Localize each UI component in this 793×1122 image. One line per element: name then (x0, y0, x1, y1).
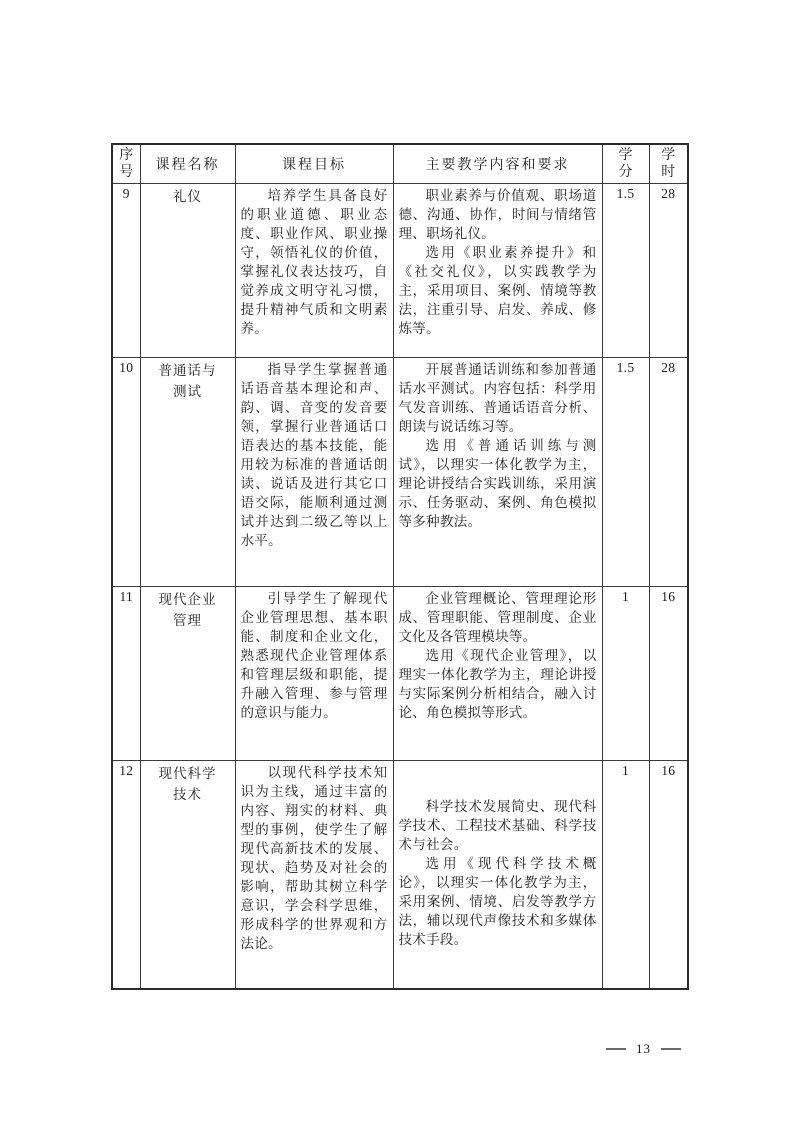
course-objective: 培养学生具备良好的职业道德、职业态度、职业作风、职业操守，领悟礼仪的价值，掌握礼… (235, 184, 393, 358)
course-hours: 16 (649, 761, 688, 989)
course-no: 11 (112, 587, 140, 761)
course-name-text: 礼仪 (158, 186, 218, 207)
objective-paragraph: 以现代科学技术知识为主线，通过丰富的内容、翔实的材料、典型的事例，使学生了解现代… (241, 763, 388, 953)
course-credits: 1 (602, 587, 649, 761)
col-header-objective: 课程目标 (235, 144, 393, 184)
course-name-text: 普通话与测试 (158, 360, 218, 402)
page-number: 13 (596, 1041, 686, 1057)
col-header-credits-label: 学分 (617, 147, 633, 181)
table-row-course-11: 11 现代企业管理 引导学生了解现代企业管理思想、基本职能、制度和企业文化，熟悉… (112, 587, 688, 761)
col-header-hours-label: 学时 (660, 147, 676, 181)
course-credits: 1.5 (602, 358, 649, 587)
course-table: 序号 课程名称 课程目标 主要教学内容和要求 学分 学时 9 礼仪 培养学生具备… (111, 143, 689, 990)
objective-paragraph: 指导学生掌握普通话语音基本理论和声、韵、调、音变的发音要领，掌握行业普通话口语表… (241, 360, 388, 550)
content-paragraph: 职业素养与价值观、职场道德、沟通、协作，时间与情绪管理、职场礼仪。 (399, 186, 597, 243)
col-header-no-label: 序号 (118, 147, 134, 181)
course-content: 开展普通话训练和参加普通话水平测试。内容包括：科学用气发音训练、普通话语音分析、… (393, 358, 602, 587)
table-row-course-12: 12 现代科学技术 以现代科学技术知识为主线，通过丰富的内容、翔实的材料、典型的… (112, 761, 688, 989)
course-objective: 指导学生掌握普通话语音基本理论和声、韵、调、音变的发音要领，掌握行业普通话口语表… (235, 358, 393, 587)
page-number-value: 13 (636, 1041, 651, 1056)
course-credits: 1 (602, 761, 649, 989)
course-no: 10 (112, 358, 140, 587)
course-hours: 16 (649, 587, 688, 761)
document-page: 序号 课程名称 课程目标 主要教学内容和要求 学分 学时 9 礼仪 培养学生具备… (0, 0, 793, 1122)
content-paragraph: 企业管理概论、管理理论形成、管理职能、管理制度、企业文化及各管理模块等。 (399, 589, 597, 646)
course-hours: 28 (649, 358, 688, 587)
course-credits: 1.5 (602, 184, 649, 358)
col-header-content: 主要教学内容和要求 (393, 144, 602, 184)
page-number-dash-left (606, 1048, 626, 1050)
content-paragraph: 科学技术发展简史、现代科学技术、工程技术基础、科学技术与社会。 (399, 797, 597, 854)
col-header-credits: 学分 (602, 144, 649, 184)
course-objective: 引导学生了解现代企业管理思想、基本职能、制度和企业文化，熟悉现代企业管理体系和管… (235, 587, 393, 761)
col-header-hours: 学时 (649, 144, 688, 184)
table-row-course-9: 9 礼仪 培养学生具备良好的职业道德、职业态度、职业作风、职业操守，领悟礼仪的价… (112, 184, 688, 358)
col-header-no: 序号 (112, 144, 140, 184)
objective-paragraph: 引导学生了解现代企业管理思想、基本职能、制度和企业文化，熟悉现代企业管理体系和管… (241, 589, 388, 722)
col-header-course-name: 课程名称 (140, 144, 235, 184)
course-name: 现代科学技术 (140, 761, 235, 989)
objective-paragraph: 培养学生具备良好的职业道德、职业态度、职业作风、职业操守，领悟礼仪的价值，掌握礼… (241, 186, 388, 338)
table-header-row: 序号 课程名称 课程目标 主要教学内容和要求 学分 学时 (112, 144, 688, 184)
course-name: 现代企业管理 (140, 587, 235, 761)
content-paragraph: 选用《普通话训练与测试》，以理实一体化教学为主，理论讲授结合实践训练，采用演示、… (399, 436, 597, 531)
course-no: 9 (112, 184, 140, 358)
content-paragraph: 选用《现代科学技术概论》，以理实一体化教学为主，采用案例、情境、启发等教学方法，… (399, 854, 597, 949)
course-no: 12 (112, 761, 140, 989)
course-name-text: 现代企业管理 (158, 589, 218, 631)
table-row-course-10: 10 普通话与测试 指导学生掌握普通话语音基本理论和声、韵、调、音变的发音要领，… (112, 358, 688, 587)
course-content: 企业管理概论、管理理论形成、管理职能、管理制度、企业文化及各管理模块等。 选用《… (393, 587, 602, 761)
content-paragraph: 选用《职业素养提升》和《社交礼仪》，以实践教学为主，采用项目、案例、情境等教法，… (399, 243, 597, 338)
content-paragraph: 选用《现代企业管理》，以理实一体化教学为主，理论讲授与实际案例分析相结合，融入讨… (399, 646, 597, 722)
page-number-dash-right (661, 1048, 681, 1050)
course-name: 礼仪 (140, 184, 235, 358)
course-name-text: 现代科学技术 (158, 763, 218, 805)
course-objective: 以现代科学技术知识为主线，通过丰富的内容、翔实的材料、典型的事例，使学生了解现代… (235, 761, 393, 989)
course-content: 职业素养与价值观、职场道德、沟通、协作，时间与情绪管理、职场礼仪。 选用《职业素… (393, 184, 602, 358)
course-content: 科学技术发展简史、现代科学技术、工程技术基础、科学技术与社会。 选用《现代科学技… (393, 761, 602, 989)
content-paragraph: 开展普通话训练和参加普通话水平测试。内容包括：科学用气发音训练、普通话语音分析、… (399, 360, 597, 436)
course-hours: 28 (649, 184, 688, 358)
course-name: 普通话与测试 (140, 358, 235, 587)
